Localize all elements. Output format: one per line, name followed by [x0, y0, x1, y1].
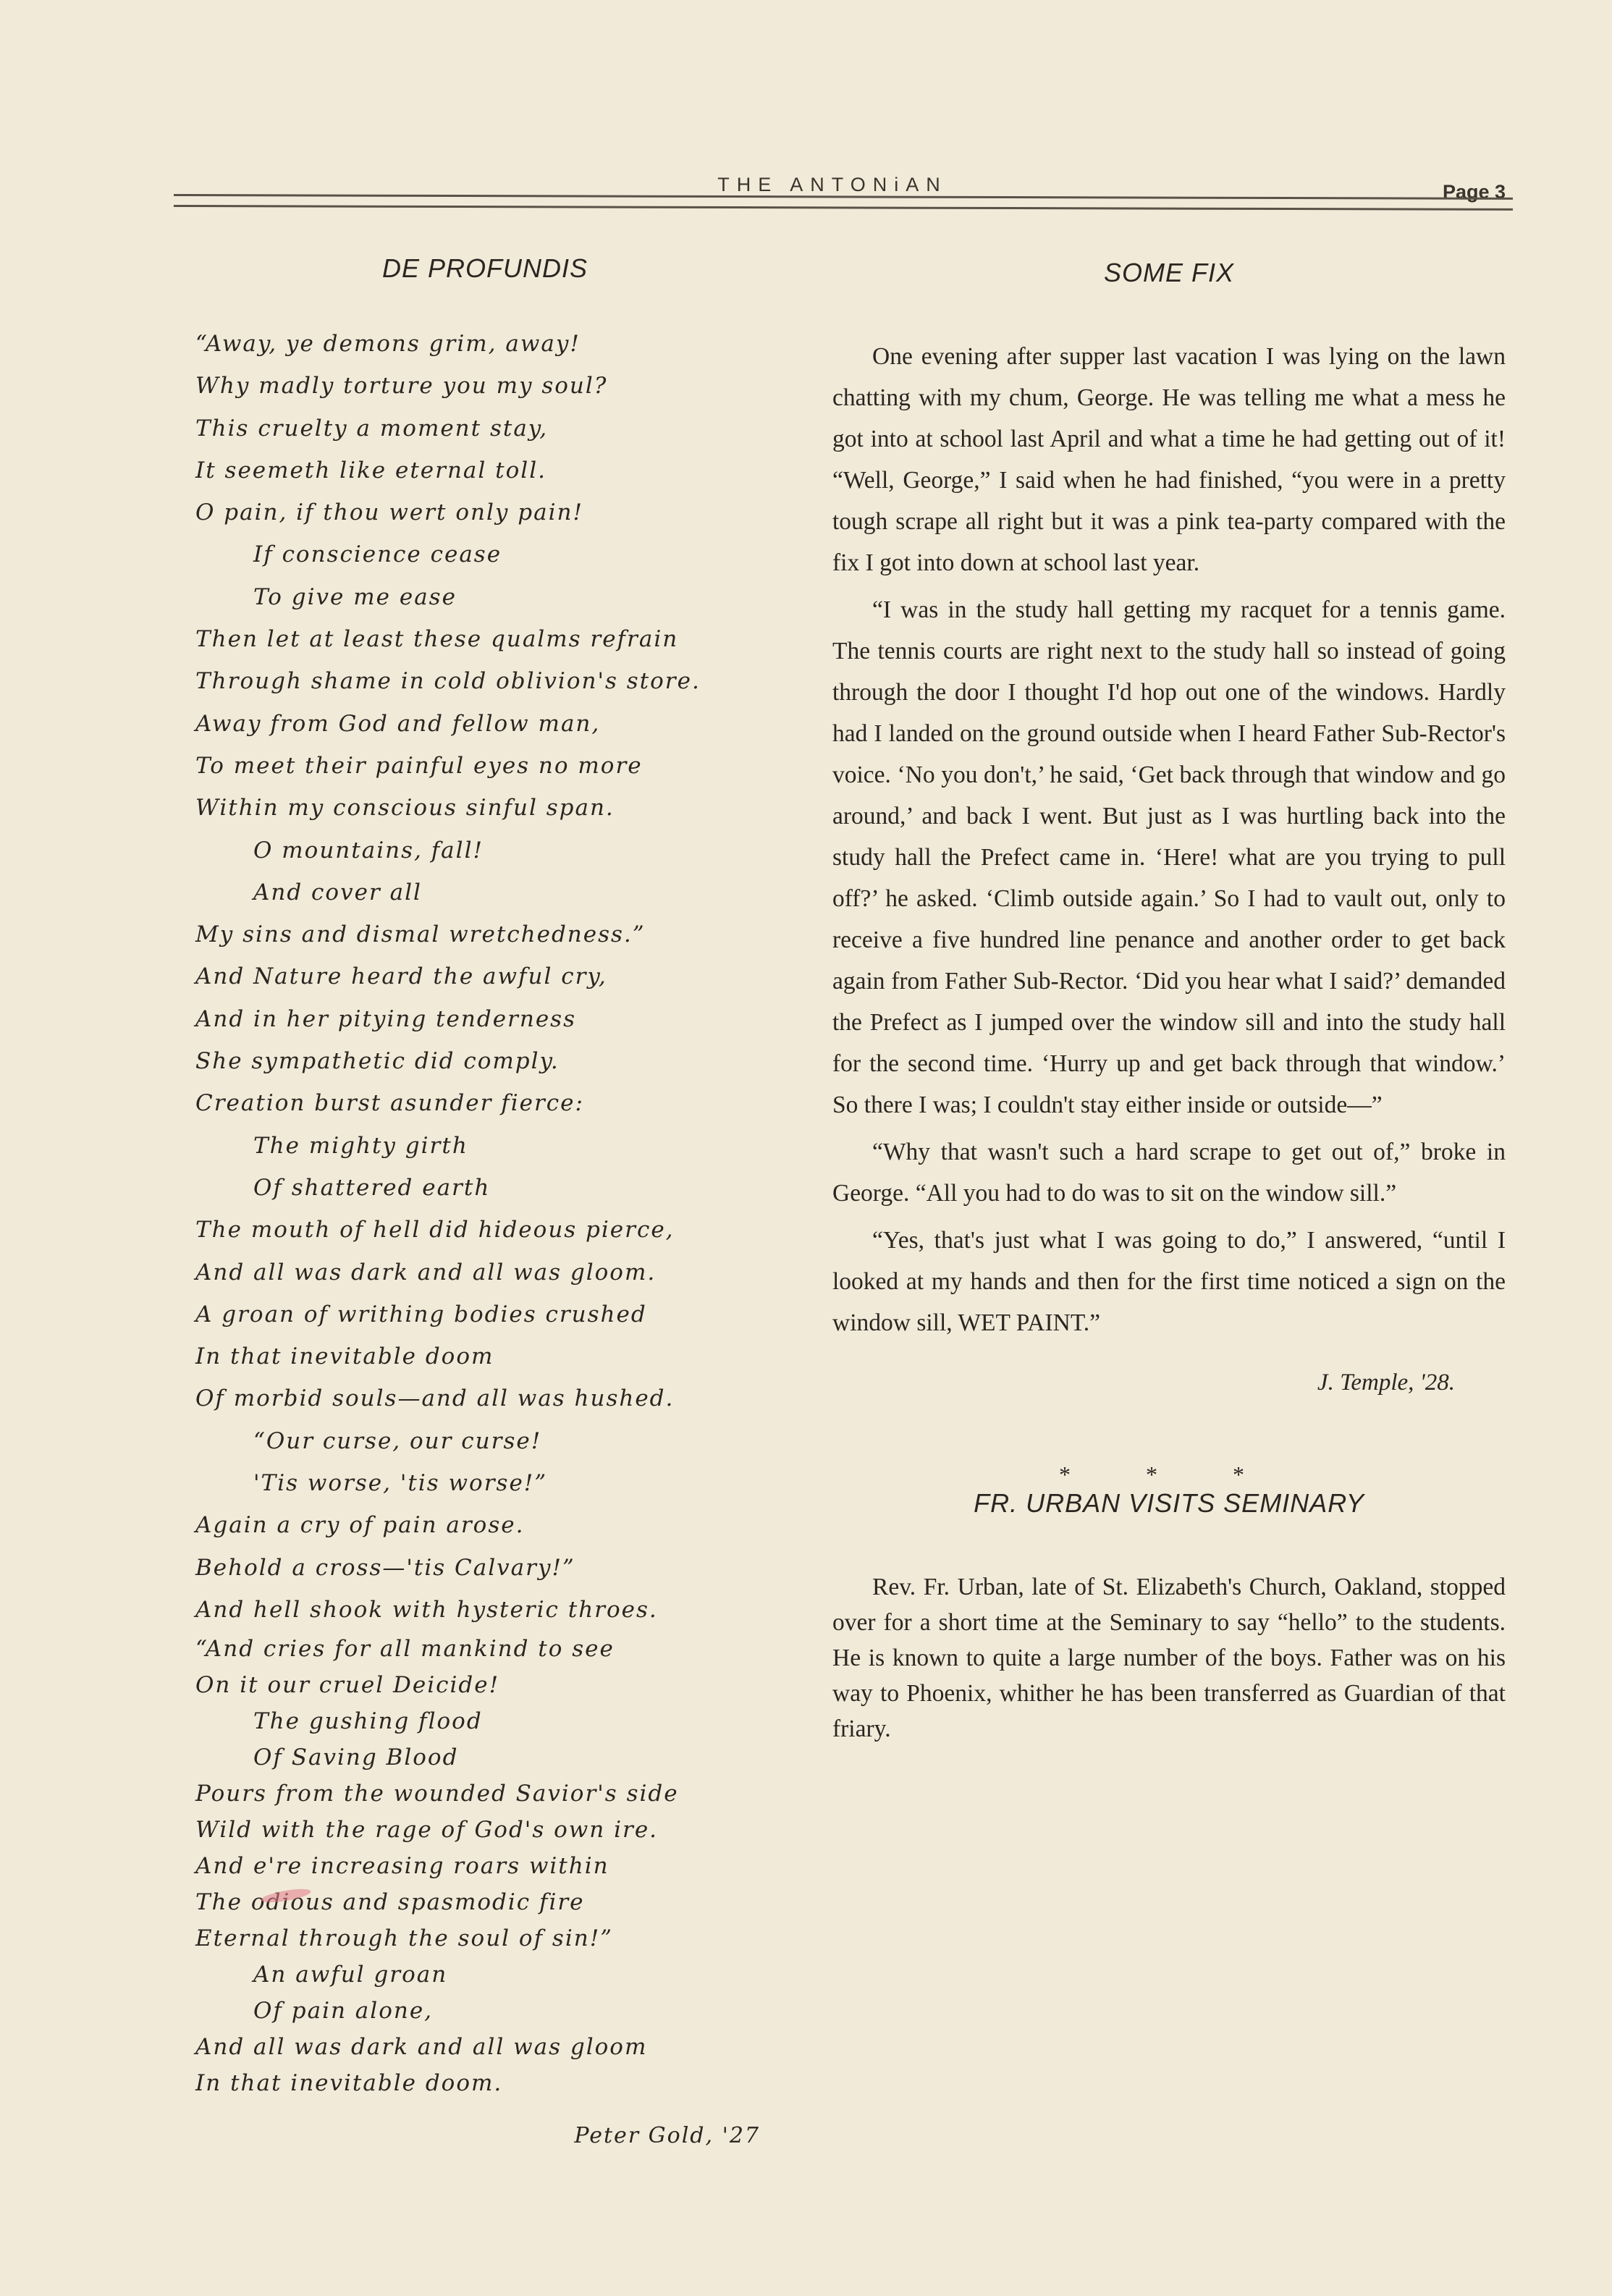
section-separator: * * * — [832, 1461, 1506, 1488]
poem-line: And hell shook with hysteric throes. — [195, 1589, 775, 1631]
poem-line: This cruelty a moment stay, — [195, 408, 775, 450]
poem-line: To meet their painful eyes no more — [195, 745, 775, 787]
publication-title: THE ANTONiAN — [680, 174, 984, 196]
poem-line: She sympathetic did comply. — [195, 1040, 775, 1082]
poem-line: “And cries for all mankind to see — [195, 1631, 775, 1667]
story-paragraph: “I was in the study hall getting my racq… — [832, 589, 1506, 1126]
poem-line: My sins and dismal wretchedness.” — [195, 913, 775, 955]
news-title: FR. URBAN VISITS SEMINARY — [832, 1488, 1506, 1519]
poem-line: Of morbid souls—and all was hushed. — [195, 1377, 775, 1419]
poem-line: Behold a cross—'tis Calvary!” — [195, 1547, 775, 1589]
story-column: SOME FIX One evening after supper last v… — [832, 253, 1506, 1747]
poem-line: And cover all — [195, 871, 775, 913]
news-body: Rev. Fr. Urban, late of St. Elizabeth's … — [832, 1569, 1506, 1747]
poem-line: Again a cry of pain arose. — [195, 1504, 775, 1546]
poem-line: Why madly torture you my soul? — [195, 365, 775, 407]
poem-line: And Nature heard the awful cry, — [195, 955, 775, 997]
poem-line: Through shame in cold oblivion's store. — [195, 660, 775, 702]
poem-line: Eternal through the soul of sin!” — [195, 1920, 775, 1957]
story-title: SOME FIX — [832, 258, 1506, 288]
story-body: One evening after supper last vacation I… — [832, 336, 1506, 1343]
poem-line: O mountains, fall! — [195, 830, 775, 871]
poem-body: “Away, ye demons grim, away!Why madly to… — [195, 323, 775, 2101]
story-byline: J. Temple, '28. — [832, 1369, 1506, 1396]
poem-line: The mighty girth — [195, 1125, 775, 1167]
poem-line: Away from God and fellow man, — [195, 703, 775, 745]
poem-line: In that inevitable doom. — [195, 2065, 775, 2101]
poem-line: In that inevitable doom — [195, 1335, 775, 1377]
poem-byline: Peter Gold, '27 — [195, 2123, 775, 2148]
poem-line: Of shattered earth — [195, 1167, 775, 1209]
poem-line: Within my conscious sinful span. — [195, 787, 775, 829]
poem-line: Wild with the rage of God's own ire. — [195, 1812, 775, 1848]
poem-line: The odious and spasmodic fire — [195, 1884, 775, 1920]
poem-line: An awful groan — [195, 1957, 775, 1993]
poem-line: And e're increasing roars within — [195, 1848, 775, 1884]
poem-line: To give me ease — [195, 576, 775, 618]
poem-line: Of Saving Blood — [195, 1739, 775, 1776]
news-paragraph: Rev. Fr. Urban, late of St. Elizabeth's … — [832, 1569, 1506, 1747]
poem-line: 'Tis worse, 'tis worse!” — [195, 1462, 775, 1504]
poem-line: “Away, ye demons grim, away! — [195, 323, 775, 365]
poem-line: And all was dark and all was gloom — [195, 2029, 775, 2065]
poem-line: O pain, if thou wert only pain! — [195, 491, 775, 533]
story-paragraph: “Why that wasn't such a hard scrape to g… — [832, 1131, 1506, 1214]
poem-line: The mouth of hell did hideous pierce, — [195, 1209, 775, 1251]
poem-line: A groan of writhing bodies crushed — [195, 1293, 775, 1335]
poem-line: Pours from the wounded Savior's side — [195, 1776, 775, 1812]
poem-line: And all was dark and all was gloom. — [195, 1252, 775, 1293]
poem-line: It seemeth like eternal toll. — [195, 450, 775, 491]
poem-title: DE PROFUNDIS — [195, 253, 775, 284]
poem-line: Of pain alone, — [195, 1993, 775, 2029]
poem-line: Creation burst asunder fierce: — [195, 1082, 775, 1124]
poem-line: On it our cruel Deicide! — [195, 1667, 775, 1703]
poem-line: The gushing flood — [195, 1703, 775, 1739]
magazine-page: THE ANTONiAN Page 3 DE PROFUNDIS “Away, … — [0, 0, 1612, 2296]
poem-column: DE PROFUNDIS “Away, ye demons grim, away… — [195, 253, 775, 2148]
poem-line: Then let at least these qualms refrain — [195, 618, 775, 660]
poem-line: “Our curse, our curse! — [195, 1420, 775, 1462]
poem-line: And in her pitying tenderness — [195, 998, 775, 1040]
story-paragraph: One evening after supper last vacation I… — [832, 336, 1506, 583]
poem-line: If conscience cease — [195, 533, 775, 575]
story-paragraph: “Yes, that's just what I was going to do… — [832, 1220, 1506, 1343]
